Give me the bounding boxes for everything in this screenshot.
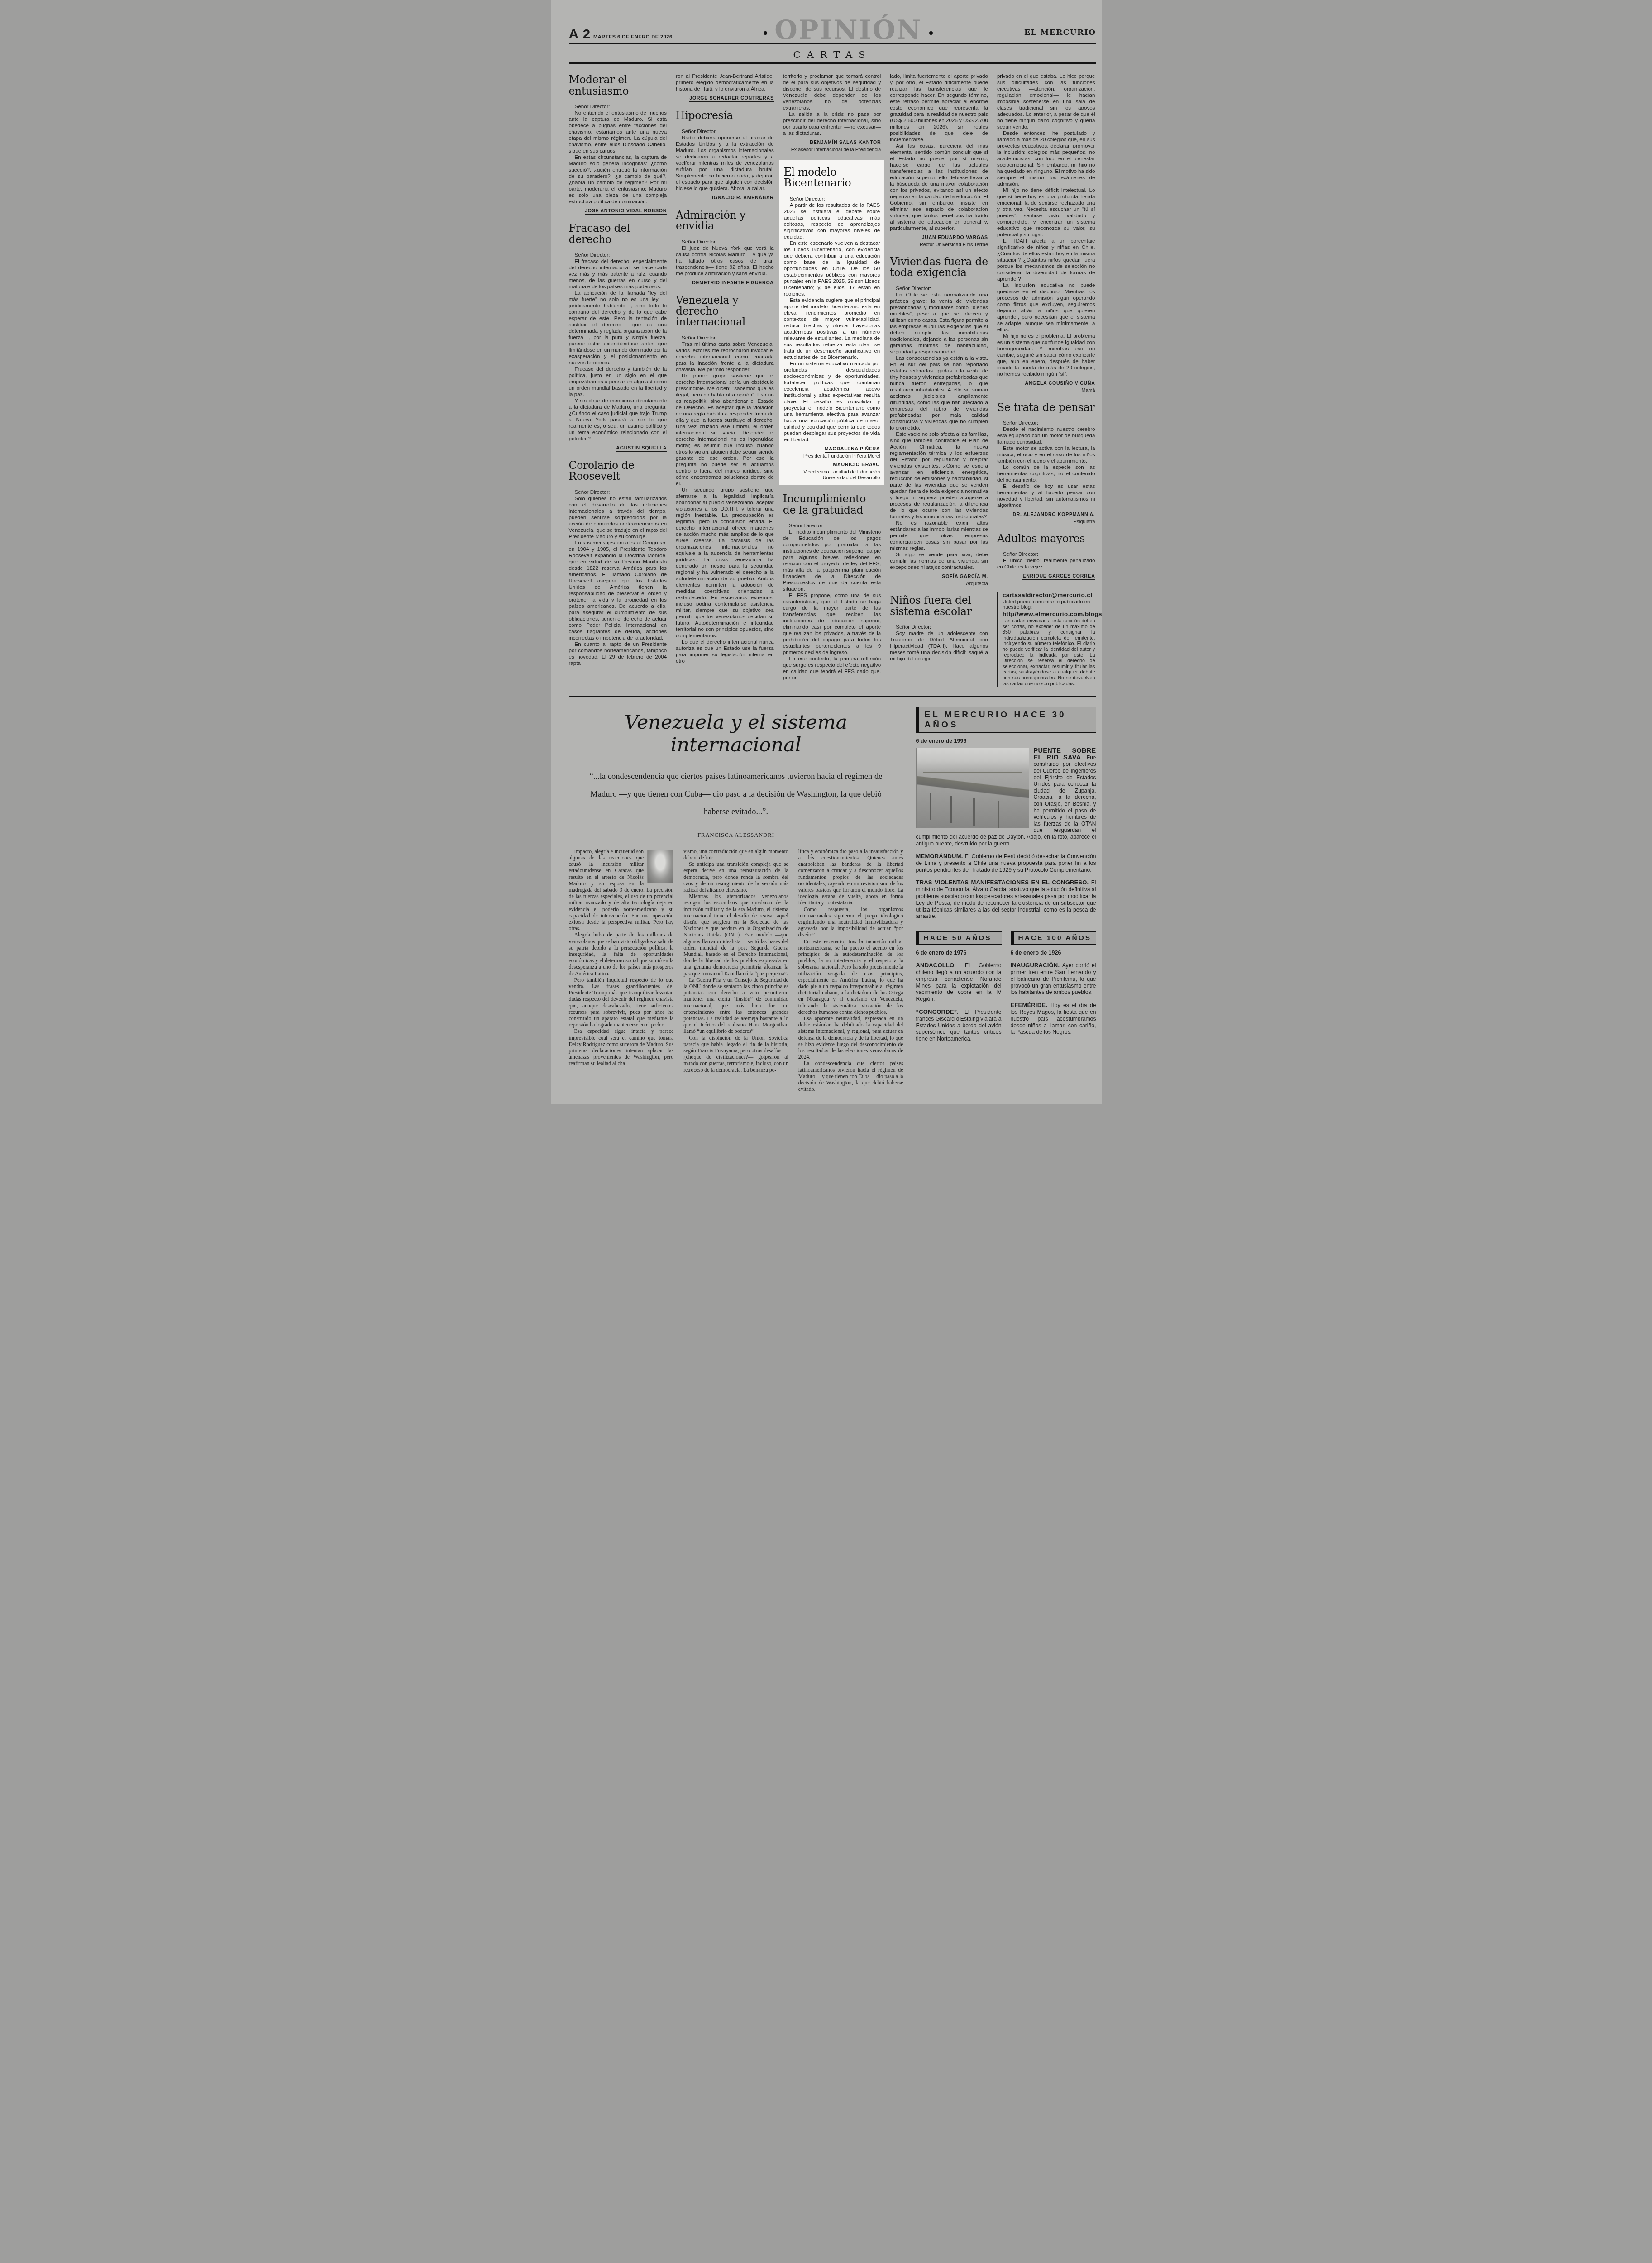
feature-columns: Impacto, alegría e inquietud son algunas… [569,848,903,1093]
letter-paragraph: Señor Director: [569,104,667,110]
letter-paragraph: Señor Director: [676,239,774,245]
letters-column-2: ron al Presidente Jean-Bertrand Aristide… [676,73,774,687]
boxed-letter: El modelo BicentenarioSeñor Director:A p… [779,160,885,485]
letter-signature: ÁNGELA COUSIÑO VICUÑA [997,379,1095,387]
feature-paragraph: Con la disolución de la Unión Soviética … [683,1035,788,1073]
letters-column-3: territorio y proclamar que tomará contro… [783,73,881,687]
hace50-title: HACE 50 AÑOS [916,931,1002,945]
memory-item: “CONCORDE”. El Presidente francés Giscar… [916,1009,1002,1042]
memory-item-lead: TRAS VIOLENTAS MANIFESTACIONES EN EL CON… [916,879,1091,886]
signature-role: Rector Universidad Finis Terrae [890,242,988,248]
feature-byline: FRANCISCA ALESSANDRI [569,831,903,840]
letter-paragraph: Esta evidencia sugiere que el principal … [784,297,880,361]
divider-rule [569,696,1096,699]
memory-item: INAUGURACIÓN. Ayer corrió el primer tren… [1011,962,1096,996]
letter-paragraph: Lo que el derecho internacional nunca au… [676,639,774,664]
feature-column-3: lítica y económica dio paso a la insatis… [798,848,903,1093]
letter-paragraph: En ese contexto, la primera reflexión qu… [783,656,881,681]
letter-paragraph: En estas circunstancias, la captura de M… [569,154,667,205]
signature-name: DEMETRIO INFANTE FIGUEROA [692,280,774,286]
contact-email: cartasaldirector@mercurio.cl [1003,592,1095,598]
letter-paragraph: Desde el nacimiento nuestro cerebro está… [997,426,1095,445]
masthead-rule-right [930,33,1020,33]
letter-paragraph: Si algo se vende para vivir, debe cumpli… [890,552,988,571]
feature-column-2: vismo, una contradicción que en algún mo… [683,848,788,1093]
letter-paragraph: No es razonable exigir altos estándares … [890,520,988,552]
issue-date: MARTES 6 DE ENERO DE 2026 [593,34,673,40]
signature-role: Mamá [997,388,1095,394]
letters-column-5: privado en el que estaba. Lo hice porque… [997,73,1095,687]
letter-title: El modelo Bicentenario [784,167,880,189]
signature-name: ENRIQUE GARCÉS CORREA [1022,573,1095,580]
letter-paragraph: Fracaso del derecho y también de la polí… [569,366,667,398]
letter-paragraph: Señor Director: [784,196,880,202]
letter-paragraph: Señor Director: [997,420,1095,426]
hace-pair: HACE 50 AÑOS 6 de enero de 1976 ANDACOLL… [916,931,1096,1042]
feature-paragraph: Alegría hubo de parte de los millones de… [569,931,674,976]
author-portrait [647,850,673,883]
signature-role: Arquitecta [890,581,988,587]
page-number: A 2 [569,29,591,40]
letter-paragraph: Desde entonces, he postulado y llamado a… [997,130,1095,187]
hace50-box: HACE 50 AÑOS 6 de enero de 1976 ANDACOLL… [916,931,1002,1042]
masthead-rule-left [677,33,767,33]
letter-paragraph: Así las cosas, pareciera del más element… [890,143,988,232]
letter-paragraph: Señor Director: [890,286,988,292]
feature-headline: Venezuela y el sistema internacional [569,711,903,756]
memory-panel: EL MERCURIO HACE 30 AÑOS 6 de enero de 1… [916,707,1096,1092]
memory-item-lead: ANDACOLLO. [916,962,965,969]
feature-paragraph: La Guerra Fría y un Consejo de Seguridad… [683,977,788,1035]
divider-rule [569,62,1096,66]
letter-paragraph: territorio y proclamar que tomará contro… [783,73,881,111]
newspaper-page: A 2 MARTES 6 DE ENERO DE 2026 OPINIÓN EL… [551,0,1102,1104]
letter-paragraph: Un segundo grupo sostiene que aferrarse … [676,487,774,639]
letter-paragraph: Mi hijo no es el problema. El problema e… [997,333,1095,377]
blog-url: http//www.elmercurio.com/blogs [1003,611,1095,617]
feature-column-1: Impacto, alegría e inquietud son algunas… [569,848,674,1093]
feature-paragraph: Se anticipa una transición compleja que … [683,861,788,893]
letters-section: Moderar el entusiasmoSeñor Director:No e… [569,66,1096,696]
letter-paragraph: La aplicación de la llamada “ley del más… [569,290,667,366]
signature-name: JUAN EDUARDO VARGAS [922,235,988,241]
subsection-title: CARTAS [793,49,871,60]
letter-paragraph: No entiendo el entusiasmo de muchos ante… [569,110,667,154]
bottom-section: Venezuela y el sistema internacional “..… [569,699,1096,1092]
signature-role: Psiquiatra [997,519,1095,525]
letters-column-4: lado, limita fuertemente el aporte priva… [890,73,988,687]
letter-paragraph: El juez de Nueva York que verá la causa … [676,245,774,277]
letter-paragraph: Nadie debiera oponerse al ataque de Esta… [676,135,774,192]
letter-paragraph: Las consecuencias ya están a la vista. E… [890,355,988,431]
feature-paragraph: Pero también inquietud respecto de lo qu… [569,977,674,1028]
feature-quote: “...la condescendencia que ciertos paíse… [582,768,890,821]
letter-signature: MAURICIO BRAVO [784,460,880,468]
signature-name: JOSÉ ANTONIO VIDAL ROBSON [585,208,667,215]
letter-paragraph: El inédito incumplimiento del Ministerio… [783,529,881,592]
memory-item-lead: INAUGURACIÓN. [1011,962,1062,969]
feature-paragraph: La condescendencia que ciertos países la… [798,1060,903,1092]
letter-title: Viviendas fuera de toda exigencia [890,256,988,278]
cartas-band: CARTAS [569,46,1096,62]
letter-paragraph: La inclusión educativa no puede quedarse… [997,282,1095,333]
section-title: OPINIÓN [774,18,922,42]
feature-paragraph: Esa aparente neutralidad, expresada en u… [798,1015,903,1060]
letter-signature: JOSÉ ANTONIO VIDAL ROBSON [569,206,667,215]
signature-name: BENJAMÍN SALAS KANTOR [810,140,881,146]
letter-paragraph: A partir de los resultados de la PAES 20… [784,202,880,240]
feature-paragraph: Como respuesta, los organismos internaci… [798,906,903,938]
letter-paragraph: En Chile se está normalizando una prácti… [890,292,988,355]
letter-paragraph: Un primer grupo sostiene que el derecho … [676,373,774,487]
letter-paragraph: Lo común de la especie son las herramien… [997,464,1095,483]
hace30-title: EL MERCURIO HACE 30 AÑOS [916,707,1096,733]
contact-note: Usted puede comentar lo publicado en nue… [1003,599,1095,610]
letter-title: Admiración y envidia [676,210,774,232]
letter-paragraph: Señor Director: [569,489,667,496]
hace30-items: MEMORÁNDUM. El Gobierno de Perú decidió … [916,853,1096,920]
hace100-title: HACE 100 AÑOS [1011,931,1096,945]
letters-contact-block: cartasaldirector@mercurio.clUsted puede … [997,592,1095,687]
signature-name: JORGE SCHAERER CONTRERAS [689,95,773,102]
memory-item: EFEMÉRIDE. Hoy es el día de los Reyes Ma… [1011,1002,1096,1036]
signature-role: Vicedecano Facultad de Educación Univers… [784,469,880,481]
feature-paragraph: vismo, una contradicción que en algún mo… [683,848,788,861]
letter-signature: SOFÍA GARCÍA M. [890,572,988,580]
letter-signature: DR. ALEJANDRO KOPPMANN A. [997,510,1095,518]
memory-item: MEMORÁNDUM. El Gobierno de Perú decidió … [916,853,1096,873]
letter-title: Venezuela y derecho internacional [676,295,774,328]
letter-paragraph: Este motor se activa con la lectura, la … [997,445,1095,464]
letter-paragraph: Señor Director: [676,129,774,135]
rule-dot-icon [764,31,767,35]
edition-block: A 2 MARTES 6 DE ENERO DE 2026 [569,29,673,40]
letter-title: Niños fuera del sistema escolar [890,595,988,617]
hace100-date: 6 de enero de 1926 [1011,950,1096,956]
bridge-photo [916,748,1029,828]
letter-paragraph: Señor Director: [997,551,1095,558]
signature-name: SOFÍA GARCÍA M. [942,574,988,580]
masthead: A 2 MARTES 6 DE ENERO DE 2026 OPINIÓN EL… [569,6,1096,43]
letter-paragraph: El único “delito” realmente penalizado e… [997,558,1095,570]
hace30-photo-block: PUENTE SOBRE EL RÍO SAVA. Fue construido… [916,748,1096,847]
letter-paragraph: Soy madre de un adolescente con Trastorn… [890,630,988,662]
letter-paragraph: ron al Presidente Jean-Bertrand Aristide… [676,73,774,92]
memory-item-lead: MEMORÁNDUM. [916,853,965,859]
letter-paragraph: En un sistema educativo marcado por prof… [784,361,880,443]
memory-item: ANDACOLLO. El Gobierno chileno llegó a u… [916,962,1002,1003]
letter-title: Se trata de pensar [997,402,1095,413]
letter-signature: DEMETRIO INFANTE FIGUEROA [676,278,774,286]
hace100-items: INAUGURACIÓN. Ayer corrió el primer tren… [1011,962,1096,1036]
hace30-date: 6 de enero de 1996 [916,738,1096,744]
letter-paragraph: Mi hijo no tiene déficit intelectual. Lo… [997,187,1095,238]
letter-paragraph: El TDAH afecta a un porcentaje significa… [997,238,1095,282]
rule-dot-icon [929,31,933,35]
letter-paragraph: Señor Director: [676,335,774,341]
signature-name: DR. ALEJANDRO KOPPMANN A. [1012,512,1095,518]
hace50-date: 6 de enero de 1976 [916,950,1002,956]
letter-paragraph: Y sin dejar de mencionar directamente a … [569,398,667,442]
letter-title: Corolario de Roosevelt [569,460,667,482]
letter-paragraph: En cuanto al rapto de un Presidente por … [569,641,667,667]
feature-paragraph: En este escenario, tras la incursión mil… [798,938,903,1015]
author-name: FRANCISCA ALESSANDRI [697,832,774,840]
letter-title: Moderar el entusiasmo [569,74,667,96]
letter-paragraph: Tras mi última carta sobre Venezuela, va… [676,341,774,373]
signature-name: IGNACIO R. AMENÁBAR [712,195,774,201]
letter-title: Adultos mayores [997,533,1095,544]
letter-paragraph: En sus mensajes anuales al Congreso, en … [569,540,667,641]
memory-item: TRAS VIOLENTAS MANIFESTACIONES EN EL CON… [916,879,1096,920]
feature-paragraph: lítica y económica dio paso a la insatis… [798,848,903,906]
letters-column-1: Moderar el entusiasmoSeñor Director:No e… [569,73,667,687]
letters-policy: Las cartas enviadas a esta sección deben… [1003,618,1095,687]
letter-title: Incumplimiento de la gratuidad [783,493,881,516]
letter-paragraph: Señor Director: [569,252,667,258]
feature-paragraph: Esa capacidad sigue intacta y parece imp… [569,1028,674,1066]
letter-title: Hipocresía [676,110,774,121]
signature-name: ÁNGELA COUSIÑO VICUÑA [1025,381,1095,387]
feature-paragraph: Mientras los atemorizados venezolanos re… [683,893,788,977]
letter-paragraph: El FES propone, como una de sus caracter… [783,592,881,656]
signature-role: Ex asesor Internacional de la Presidenci… [783,147,881,153]
letter-signature: IGNACIO R. AMENÁBAR [676,193,774,201]
letter-signature: JUAN EDUARDO VARGAS [890,233,988,241]
letter-signature: AGUSTÍN SQUELLA [569,444,667,452]
hace100-box: HACE 100 AÑOS 6 de enero de 1926 INAUGUR… [1011,931,1096,1042]
newspaper-brand: EL MERCURIO [1024,28,1096,37]
letter-signature: ENRIQUE GARCÉS CORREA [997,572,1095,580]
letter-paragraph: Este vacío no solo afecta a las familias… [890,431,988,520]
letter-paragraph: privado en el que estaba. Lo hice porque… [997,73,1095,130]
letter-signature: JORGE SCHAERER CONTRERAS [676,94,774,102]
letter-paragraph: Señor Director: [783,523,881,529]
signature-name: MAURICIO BRAVO [833,462,880,468]
hace50-items: ANDACOLLO. El Gobierno chileno llegó a u… [916,962,1002,1042]
memory-item-lead: “CONCORDE”. [916,1008,964,1015]
signature-name: AGUSTÍN SQUELLA [616,445,667,452]
memory-item-lead: EFEMÉRIDE. [1011,1002,1050,1008]
letter-paragraph: El fracaso del derecho, especialmente de… [569,258,667,290]
signature-name: MAGDALENA PIÑERA [825,446,880,453]
letter-paragraph: lado, limita fuertemente el aporte priva… [890,73,988,143]
letter-paragraph: En este escenario vuelven a destacar los… [784,240,880,297]
letter-paragraph: Solo quienes no están familiarizados con… [569,496,667,540]
signature-role: Presidenta Fundación Piñera Morel [784,454,880,459]
letter-signature: BENJAMÍN SALAS KANTOR [783,138,881,146]
letter-paragraph: La salida a la crisis no pasa por presci… [783,111,881,137]
feature-article: Venezuela y el sistema internacional “..… [569,707,903,1092]
letter-signature: MAGDALENA PIÑERA [784,444,880,453]
letter-paragraph: Señor Director: [890,624,988,630]
letter-title: Fracaso del derecho [569,223,667,245]
letter-paragraph: El desafío de hoy es usar estas herramie… [997,483,1095,509]
